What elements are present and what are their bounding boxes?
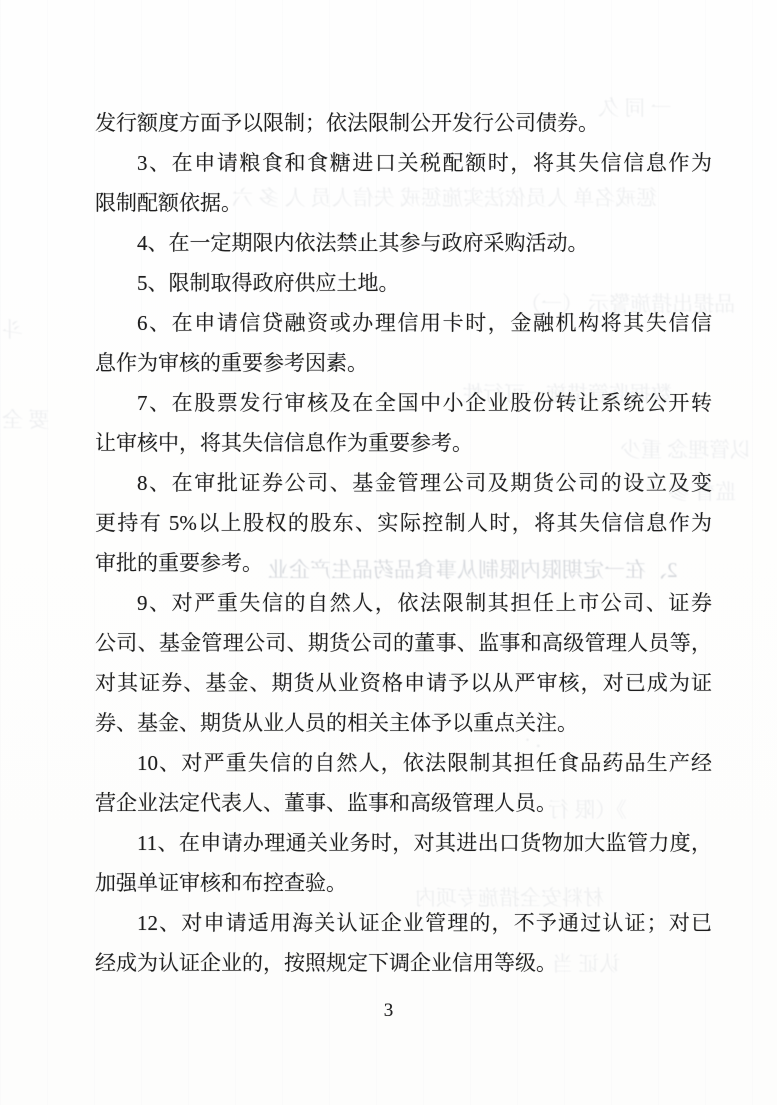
document-line: 5、限制取得政府供应土地。 (95, 263, 712, 303)
bleedthrough-fragment: 斗 (2, 318, 23, 342)
document-body: 发行额度方面予以限制；依法限制公开发行公司债券。3、在申请粮食和食糖进口关税配额… (95, 103, 712, 983)
document-line: 7、在股票发行审核及在全国中小企业股份转让系统公开转 (95, 383, 712, 423)
scanned-document-page: 发行额度方面予以限制；依法限制公开发行公司债券。3、在申请粮食和食糖进口关税配额… (0, 0, 777, 1105)
document-line: 3、在申请粮食和食糖进口关税配额时，将其失信信息作为 (95, 143, 712, 183)
document-line: 11、在申请办理通关业务时，对其进出口货物加大监管力度， (95, 823, 712, 863)
document-line: 发行额度方面予以限制；依法限制公开发行公司债券。 (95, 103, 712, 143)
document-line: 息作为审核的重要参考因素。 (95, 343, 712, 383)
document-line: 9、对严重失信的自然人，依法限制其担任上市公司、证券 (95, 583, 712, 623)
document-line: 经成为认证企业的，按照规定下调企业信用等级。 (95, 943, 712, 983)
page-number: 3 (0, 1000, 777, 1022)
document-line: 10、对严重失信的自然人，依法限制其担任食品药品生产经 (95, 743, 712, 783)
document-line: 12、对申请适用海关认证企业管理的，不予通过认证；对已 (95, 903, 712, 943)
document-line: 更持有 5%以上股权的股东、实际控制人时，将其失信信息作为 (95, 503, 712, 543)
document-line: 4、在一定期限内依法禁止其参与政府采购活动。 (95, 223, 712, 263)
document-line: 6、在申请信贷融资或办理信用卡时，金融机构将其失信信 (95, 303, 712, 343)
document-line: 8、在审批证券公司、基金管理公司及期货公司的设立及变 (95, 463, 712, 503)
document-line: 券、基金、期货从业人员的相关主体予以重点关注。 (95, 703, 712, 743)
document-line: 公司、基金管理公司、期货公司的董事、监事和高级管理人员等， (95, 623, 712, 663)
document-line: 让审核中，将其失信信息作为重要参考。 (95, 423, 712, 463)
document-line: 审批的重要参考。 (95, 543, 712, 583)
bleedthrough-fragment: 要 全 (2, 408, 49, 432)
document-line: 营企业法定代表人、董事、监事和高级管理人员。 (95, 783, 712, 823)
document-line: 对其证券、基金、期货从业资格申请予以从严审核，对已成为证 (95, 663, 712, 703)
document-line: 加强单证审核和布控查验。 (95, 863, 712, 903)
document-line: 限制配额依据。 (95, 183, 712, 223)
